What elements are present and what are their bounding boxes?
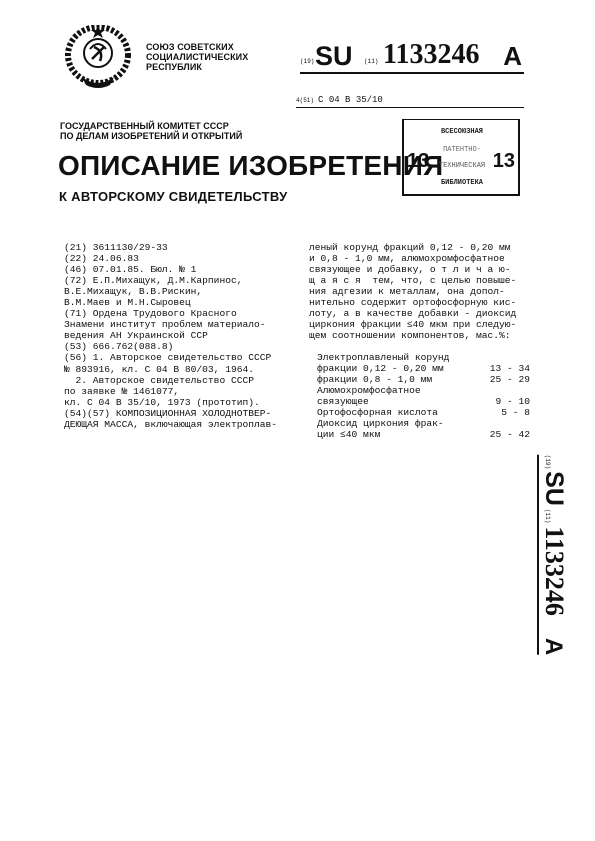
component-percent: 25 - 42	[490, 429, 530, 440]
text-line: по заявке № 1461077,	[64, 386, 277, 397]
component-percent: 25 - 29	[490, 374, 530, 385]
stamp-line: БИБЛИОТЕКА	[432, 179, 492, 187]
inid-code-11: (11)	[364, 58, 378, 65]
country-line: СОЮЗ СОВЕТСКИХ	[146, 42, 248, 52]
text-line: (53) 666.762(088.8)	[64, 341, 277, 352]
text-line: (22) 24.06.83	[64, 253, 277, 264]
kind-code: A	[503, 41, 522, 72]
composition-table: Электроплавленый корундфракции 0,12 - 0,…	[309, 352, 534, 440]
component-name: связующее	[317, 396, 369, 407]
text-line: и 0,8 - 1,0 мм, алюмохромфосфатное	[309, 253, 516, 264]
country-line: СОЦИАЛИСТИЧЕСКИХ	[146, 52, 248, 62]
text-line: нительно содержит ортофосфорную кис-	[309, 297, 516, 308]
component-percent: 5 - 8	[501, 407, 530, 418]
text-line: В.М.Маев и М.Н.Сыровец	[64, 297, 277, 308]
ussr-emblem	[64, 25, 132, 91]
inid-code-19: (19)	[300, 58, 314, 65]
text-line: Знамени институт проблем материало-	[64, 319, 277, 330]
text-line: леный корунд фракций 0,12 - 0,20 мм	[309, 242, 516, 253]
committee-line: ГОСУДАРСТВЕННЫЙ КОМИТЕТ СССР	[60, 121, 242, 131]
text-line: № 893916, кл. С 04 В 80/03, 1964.	[64, 364, 277, 375]
side-patent-number: 1133246	[539, 526, 569, 616]
text-line: ния адгезии к металлам, она допол-	[309, 286, 516, 297]
component-name: ции ≤40 мкм	[317, 429, 380, 440]
text-line: (21) 3611130/29-33	[64, 242, 277, 253]
composition-row: фракции 0,12 - 0,20 мм13 - 34	[309, 363, 534, 374]
country-line: РЕСПУБЛИК	[146, 62, 248, 72]
component-percent: 13 - 34	[490, 363, 530, 374]
patent-number-header: (19) SU (11) 1133246 A	[300, 44, 524, 74]
composition-row: фракции 0,8 - 1,0 мм25 - 29	[309, 374, 534, 385]
composition-row: Ортофосфорная кислота5 - 8	[309, 407, 534, 418]
side-kind-code: A	[539, 637, 567, 654]
side-country-code: SU	[539, 471, 568, 506]
stamp-line: ВСЕСОЮЗНАЯ	[432, 128, 492, 136]
stamp-line: ПАТЕНТНО-	[432, 146, 492, 154]
document-title: ОПИСАНИЕ ИЗОБРЕТЕНИЯ	[58, 150, 443, 182]
component-name: Электроплавленый корунд	[317, 352, 449, 363]
composition-row: Алюмохромфосфатное	[309, 385, 534, 396]
composition-row: связующее9 - 10	[309, 396, 534, 407]
text-line: (54)(57) КОМПОЗИЦИОННАЯ ХОЛОДНОТВЕР-	[64, 408, 277, 419]
text-line: связующее и добавку, о т л и ч а ю-	[309, 264, 516, 275]
library-stamp: 13 13 ВСЕСОЮЗНАЯ ПАТЕНТНО- ТЕХНИЧЕСКАЯ Б…	[402, 119, 520, 196]
text-line: лоту, а в качестве добавки - диоксид	[309, 308, 516, 319]
text-line: В.Е.Михащук, В.В.Рискин,	[64, 286, 277, 297]
country-name: СОЮЗ СОВЕТСКИХ СОЦИАЛИСТИЧЕСКИХ РЕСПУБЛИ…	[146, 42, 248, 72]
side-inid-code-11: (11)	[544, 508, 551, 522]
bibliographic-data: (21) 3611130/29-33(22) 24.06.83(46) 07.0…	[64, 242, 277, 430]
component-name: Диоксид циркония фрак-	[317, 418, 444, 429]
text-line: 2. Авторское свидетельство СССР	[64, 375, 277, 386]
text-line: (72) Е.П.Михащук, Д.М.Карпинос,	[64, 275, 277, 286]
text-line: щем соотношении компонентов, мас.%:	[309, 330, 516, 341]
text-line: (56) 1. Авторское свидетельство СССР	[64, 352, 277, 363]
component-name: Алюмохромфосфатное	[317, 385, 421, 396]
committee-line: ПО ДЕЛАМ ИЗОБРЕТЕНИЙ И ОТКРЫТИЙ	[60, 131, 242, 141]
text-line: кл. С 04 В 35/10, 1973 (прототип).	[64, 397, 277, 408]
side-patent-label: (19) SU (11) 1133246 A	[528, 447, 578, 662]
composition-row: Диоксид циркония фрак-	[309, 418, 534, 429]
stamp-line: ТЕХНИЧЕСКАЯ	[432, 162, 492, 170]
composition-row: Электроплавленый корунд	[309, 352, 534, 363]
stamp-number-left: 13	[407, 150, 429, 173]
text-line: (46) 07.01.85. Бюл. № 1	[64, 264, 277, 275]
document-subtitle: К АВТОРСКОМУ СВИДЕТЕЛЬСТВУ	[59, 189, 287, 204]
text-line: (71) Ордена Трудового Красного	[64, 308, 277, 319]
ipc-code: C 04 B 35/10	[318, 95, 383, 105]
patent-number: 1133246	[383, 39, 479, 71]
claim-text: леный корунд фракций 0,12 - 0,20 мми 0,8…	[309, 242, 516, 341]
component-percent: 9 - 10	[495, 396, 530, 407]
stamp-number-right: 13	[493, 150, 515, 173]
ipc-prefix: 4(51)	[296, 97, 314, 104]
text-line: циркония фракции ≤40 мкм при следую-	[309, 319, 516, 330]
composition-row: ции ≤40 мкм25 - 42	[309, 429, 534, 440]
text-line: щ а я с я тем, что, с целью повыше-	[309, 275, 516, 286]
ipc-classification: 4(51)C 04 B 35/10	[296, 95, 524, 108]
country-code: SU	[315, 41, 353, 72]
component-name: фракции 0,12 - 0,20 мм	[317, 363, 444, 374]
text-line: ведения АН Украинской ССР	[64, 330, 277, 341]
component-name: Ортофосфорная кислота	[317, 407, 438, 418]
component-name: фракции 0,8 - 1,0 мм	[317, 374, 432, 385]
committee-name: ГОСУДАРСТВЕННЫЙ КОМИТЕТ СССР ПО ДЕЛАМ ИЗ…	[60, 121, 242, 141]
text-line: ДЕЮЩАЯ МАССА, включающая электроплав-	[64, 419, 277, 430]
side-inid-code-19: (19)	[544, 454, 551, 468]
